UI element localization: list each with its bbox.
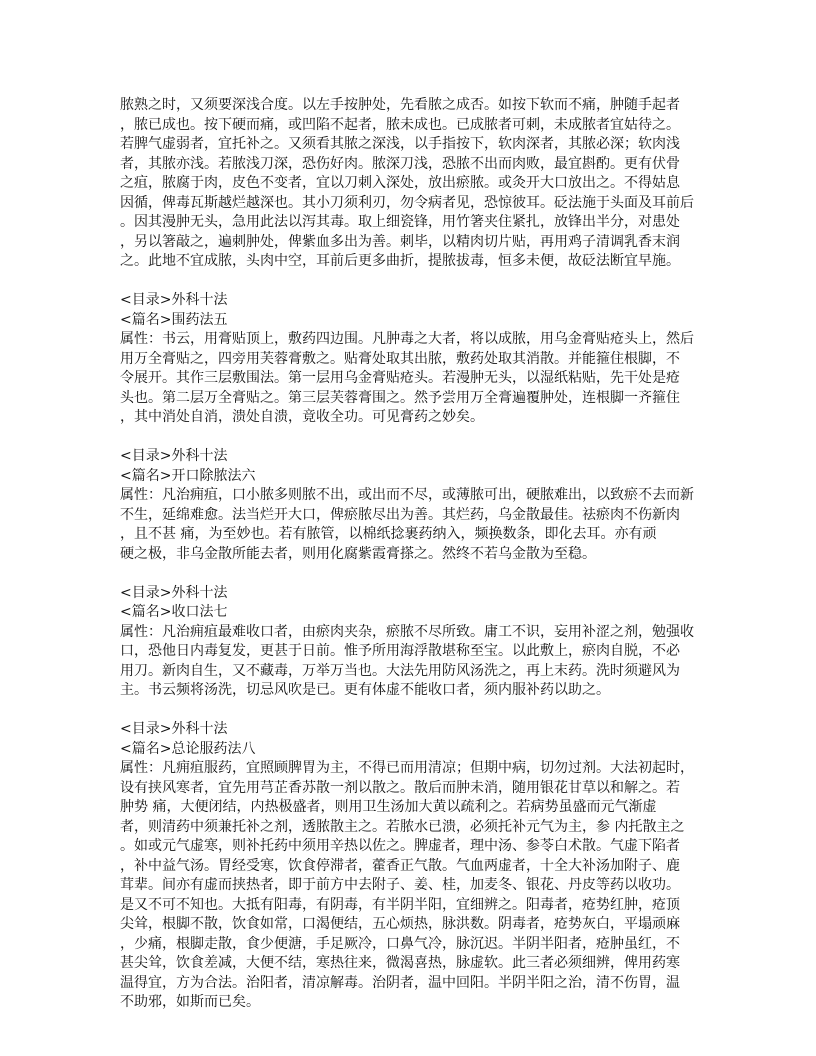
body-line: 尖耸，根脚不散，饮食如常，口渴便结，五心烦热，脉洪数。阴毒者，疮势灰白，平塌顽麻 xyxy=(120,915,720,935)
chapter-title: <篇名>总论服药法八 xyxy=(120,740,720,760)
catalog-heading: <目录>外科十法 xyxy=(120,720,720,740)
body-line: ，且不甚 痛，为至妙也。若有脓管，以棉纸捻裹药纳入，频换数条，即化去耳。亦有顽 xyxy=(120,525,720,545)
body-line: 甚尖耸，饮食差减，大便不结，寒热往来，微渴喜热，脉虚软。此三者必须细辨，俾用药寒 xyxy=(120,954,720,974)
chapter-title: <篇名>收口法七 xyxy=(120,603,720,623)
chapter-title: <篇名>开口除脓法六 xyxy=(120,467,720,487)
body-line: 之疽，脓腐于肉，皮色不变者，宜以刀刺入深处，放出瘀脓。或灸开大口放出之。不得姑息 xyxy=(120,174,720,194)
body-line: 脓熟之时，又须要深浅合度。以左手按肿处，先看脓之成否。如按下软而不痛，肿随手起者 xyxy=(120,96,720,116)
body-line: 设有挟风寒者，宜先用芎芷香苏散一剂以散之。散后而肿未消，随用银花甘草以和解之。若 xyxy=(120,779,720,799)
section-kaikou-chunong-fa: <目录>外科十法 <篇名>开口除脓法六 属性：凡治痈疽，口小脓多则脓不出，或出而… xyxy=(120,447,720,564)
chapter-title: <篇名>围药法五 xyxy=(120,311,720,331)
body-line: 用万全膏贴之，四旁用芙蓉膏敷之。贴膏处取其出脓，敷药处取其消散。并能箍住根脚，不 xyxy=(120,350,720,370)
body-line: 属性：凡痈疽服药，宜照顾脾胃为主，不得已而用清凉；但期中病，切勿过剂。大法初起时… xyxy=(120,759,720,779)
body-line: ，其中消处自消，溃处自溃，竟收全功。可见膏药之妙矣。 xyxy=(120,408,720,428)
body-line: 者，则清药中须兼托补之剂，透脓散主之。若脓水已溃，必须托补元气为主，参 内托散主… xyxy=(120,818,720,838)
section-continuation: 脓熟之时，又须要深浅合度。以左手按肿处，先看脓之成否。如按下软而不痛，肿随手起者… xyxy=(120,96,720,272)
section-weiyao-fa: <目录>外科十法 <篇名>围药法五 属性：书云，用膏贴顶上，敷药四边围。凡肿毒之… xyxy=(120,291,720,428)
section-shoukou-fa: <目录>外科十法 <篇名>收口法七 属性：凡治痈疽最难收口者，由瘀肉夹杂，瘀脓不… xyxy=(120,584,720,701)
body-line: 令展开。其作三层敷围法。第一层用乌金膏贴疮头。若漫肿无头，以湿纸粘贴，先干处是疮 xyxy=(120,369,720,389)
body-line: 。因其漫肿无头，急用此法以泻其毒。取上细瓷锋，用竹箸夹住紧扎，放锋出半分，对患处 xyxy=(120,213,720,233)
body-line: 属性：凡治痈疽最难收口者，由瘀肉夹杂，瘀脓不尽所致。庸工不识，妄用补涩之剂，勉强… xyxy=(120,623,720,643)
body-line: 之。此地不宜成脓，头肉中空，耳前后更多曲折，提脓拔毒，恒多未便，故砭法断宜早施。 xyxy=(120,252,720,272)
body-line: 头也。第二层万全膏贴之。第三层芙蓉膏围之。然予尝用万全膏遍覆肿处，连根脚一齐箍住 xyxy=(120,389,720,409)
body-line: 温得宜，方为合法。治阳者，清凉解毒。治阴者，温中回阳。半阴半阳之治，清不伤胃，温 xyxy=(120,974,720,994)
body-line: 是又不可不知也。大抵有阳毒，有阴毒，有半阴半阳，宜细辨之。阳毒者，疮势红肿，疮顶 xyxy=(120,896,720,916)
body-line: ，少痛，根脚走散，食少便溏，手足厥冷，口鼻气冷，脉沉迟。半阴半阳者，疮肿虽红，不 xyxy=(120,935,720,955)
catalog-heading: <目录>外科十法 xyxy=(120,447,720,467)
catalog-heading: <目录>外科十法 xyxy=(120,291,720,311)
body-line: ，补中益气汤。胃经受寒，饮食停滞者，藿香正气散。气血两虚者，十全大补汤加附子、鹿 xyxy=(120,857,720,877)
body-line: 主。书云频将汤洗，切忌风吹是已。更有体虚不能收口者，须内服补药以助之。 xyxy=(120,681,720,701)
body-line: ，脓已成也。按下硬而痛，或凹陷不起者，脓未成也。已成脓者可刺，未成脓者宜姑待之。 xyxy=(120,116,720,136)
body-line: ，另以箸敲之，遍刺肿处，俾紫血多出为善。刺毕，以精肉切片贴，再用鸡子清调乳香末润 xyxy=(120,233,720,253)
catalog-heading: <目录>外科十法 xyxy=(120,584,720,604)
body-line: 者，其脓亦浅。若脓浅刀深，恐伤好肉。脓深刀浅，恐脓不出而肉败，最宜斟酌。更有伏骨 xyxy=(120,155,720,175)
body-line: 不生，延绵难愈。法当烂开大口，俾瘀脓尽出为善。其烂药，乌金散最佳。祛瘀肉不伤新肉 xyxy=(120,506,720,526)
body-line: 用刀。新肉自生，又不藏毒，万举万当也。大法先用防风汤洗之，再上末药。洗时须避风为 xyxy=(120,662,720,682)
body-line: 属性：凡治痈疽，口小脓多则脓不出，或出而不尽，或薄脓可出，硬脓难出，以致瘀不去而… xyxy=(120,486,720,506)
body-line: 属性：书云，用膏贴顶上，敷药四边围。凡肿毒之大者，将以成脓，用乌金膏贴疮头上，然… xyxy=(120,330,720,350)
body-line: 因循，俾毒瓦斯越烂越深也。其小刀须利刃，勿令病者见，恐惊彼耳。砭法施于头面及耳前… xyxy=(120,194,720,214)
body-line: 若脾气虚弱者，宜托补之。又须看其脓之深浅，以手指按下，软肉深者，其脓必深；软肉浅 xyxy=(120,135,720,155)
section-zonglun-fuyao-fa: <目录>外科十法 <篇名>总论服药法八 属性：凡痈疽服药，宜照顾脾胃为主，不得已… xyxy=(120,720,720,1013)
body-line: 茸辈。间亦有虚而挟热者，即于前方中去附子、姜、桂，加麦冬、银花、丹皮等药以收功。 xyxy=(120,876,720,896)
body-line: 口，恐他日内毒复发，更甚于日前。惟予所用海浮散堪称至宝。以此敷上，瘀肉自脱，不必 xyxy=(120,642,720,662)
document-page: 脓熟之时，又须要深浅合度。以左手按肿处，先看脓之成否。如按下软而不痛，肿随手起者… xyxy=(120,96,720,1032)
body-line: 。如或元气虚寒，则补托药中须用辛热以佐之。脾虚者，理中汤、参苓白术散。气虚下陷者 xyxy=(120,837,720,857)
body-line: 硬之极，非乌金散所能去者，则用化腐紫霞膏搽之。然终不若乌金散为至稳。 xyxy=(120,545,720,565)
body-line: 不助邪，如斯而已矣。 xyxy=(120,993,720,1013)
body-line: 肿势 痛，大便闭结，内热极盛者，则用卫生汤加大黄以疏利之。若病势虽盛而元气渐虚 xyxy=(120,798,720,818)
